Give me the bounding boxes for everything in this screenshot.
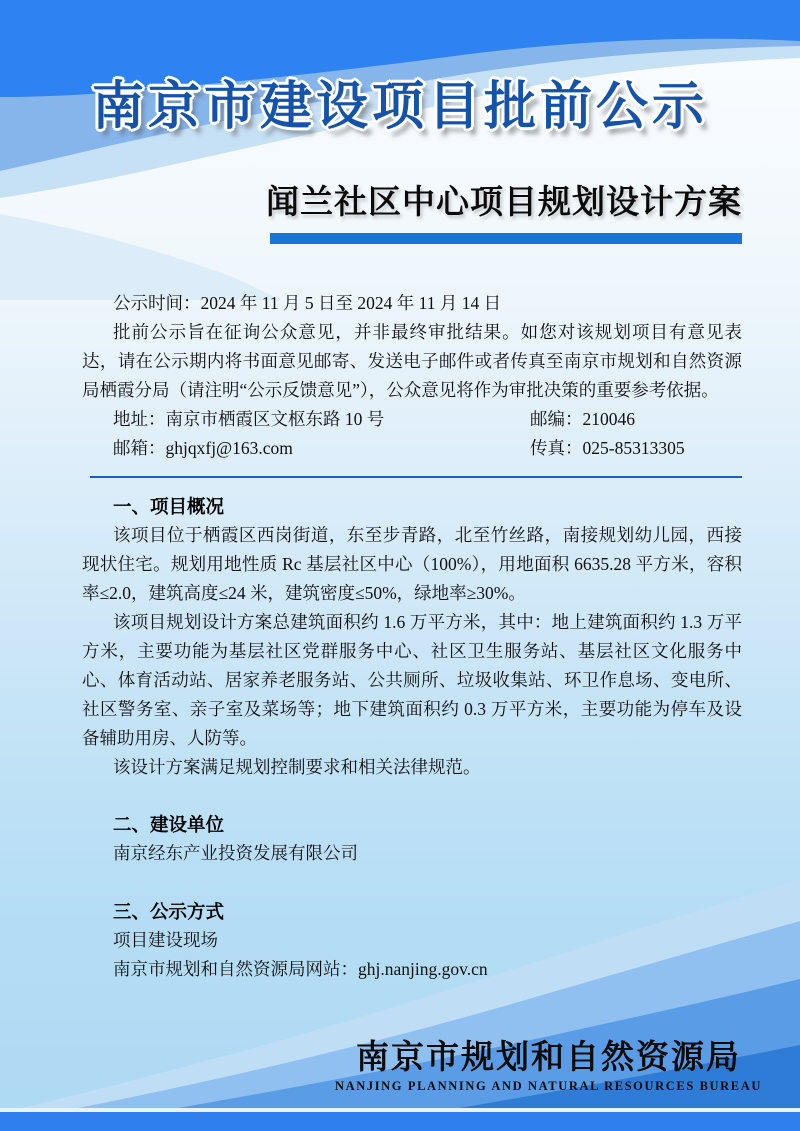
project-overview-paragraph-1: 该项目位于栖霞区西岗街道，东至步青路，北至竹丝路，南接规划幼儿园，西接现状住宅。… bbox=[82, 521, 742, 608]
header-swoosh-art bbox=[0, 0, 800, 300]
section-heading-project-overview: 一、项目概况 bbox=[82, 492, 742, 521]
address-row: 地址：南京市栖霞区文枢东路 10 号 邮编：210046 bbox=[82, 405, 742, 434]
public-notice-poster: 南京市建设项目批前公示 闻兰社区中心项目规划设计方案 公示时间：2024 年 1… bbox=[0, 0, 800, 1131]
bureau-name-english: NANJING PLANNING AND NATURAL RESOURCES B… bbox=[335, 1078, 762, 1094]
project-subtitle: 闻兰社区中心项目规划设计方案 bbox=[266, 176, 742, 223]
fax-text: 传真：025-85313305 bbox=[530, 434, 685, 463]
section-divider-line bbox=[90, 476, 742, 478]
section-heading-construction-unit: 二、建设单位 bbox=[82, 810, 742, 839]
publicity-period: 公示时间：2024 年 11 月 5 日至 2024 年 11 月 14 日 bbox=[82, 289, 742, 318]
address-text: 地址：南京市栖霞区文枢东路 10 号 bbox=[82, 409, 384, 429]
issuing-bureau: 南京市规划和自然资源局 NANJING PLANNING AND NATURAL… bbox=[335, 1038, 762, 1094]
page-title: 南京市建设项目批前公示 bbox=[0, 64, 800, 139]
email-text: 邮箱：ghjqxfj@163.com bbox=[82, 438, 293, 458]
project-overview-paragraph-3: 该设计方案满足规划控制要求和相关法律规范。 bbox=[82, 753, 742, 782]
contact-row: 邮箱：ghjqxfj@163.com 传真：025-85313305 bbox=[82, 434, 742, 463]
project-overview-paragraph-2: 该项目规划设计方案总建筑面积约 1.6 万平方米，其中：地上建筑面积约 1.3 … bbox=[82, 608, 742, 753]
postcode-text: 邮编：210046 bbox=[530, 405, 635, 434]
subtitle-underline-bar bbox=[270, 233, 742, 244]
notice-intro-paragraph: 批前公示旨在征询公众意见，并非最终审批结果。如您对该规划项目有意见表达，请在公示… bbox=[82, 318, 742, 405]
bureau-name-chinese: 南京市规划和自然资源局 bbox=[335, 1038, 762, 1078]
